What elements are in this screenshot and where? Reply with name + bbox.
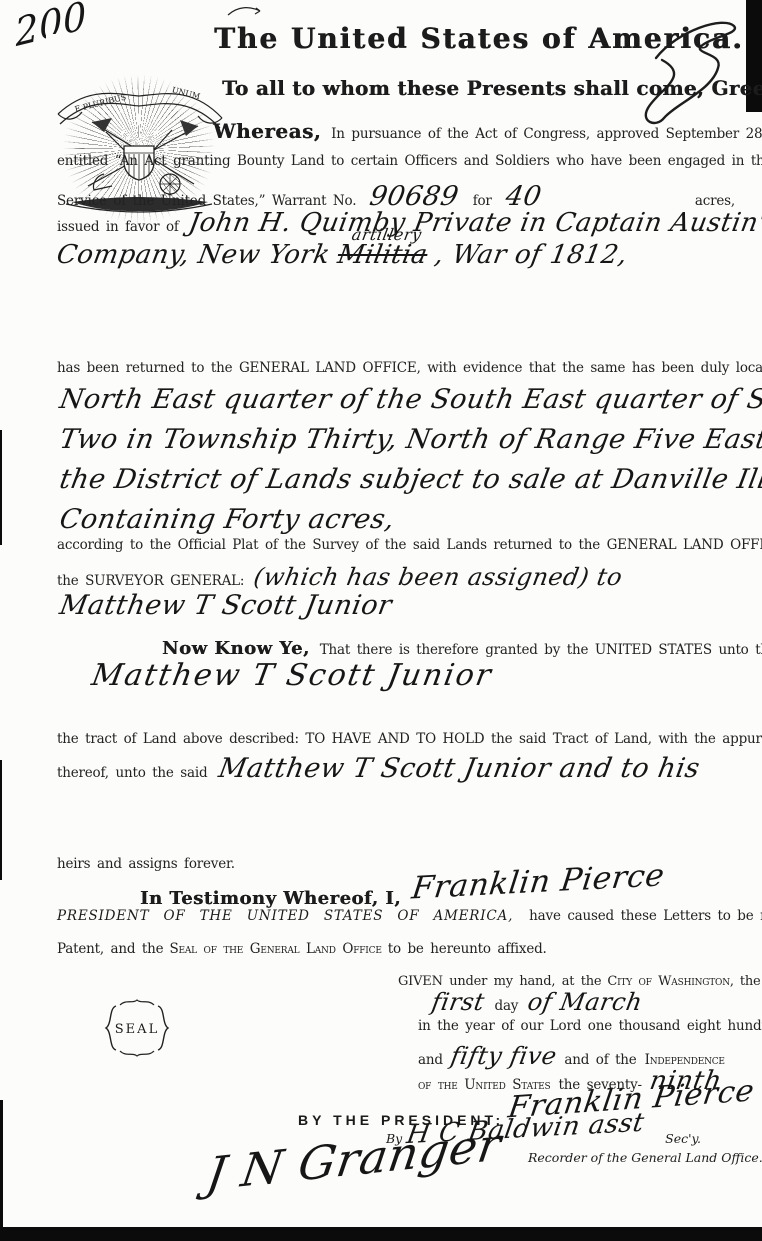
given-city: City of Washington,	[607, 974, 733, 989]
patent-post: to be hereunto affixed.	[388, 941, 547, 957]
given-post: the	[740, 974, 761, 989]
land-description-line: Two in Township Thirty, North of Range F…	[57, 421, 762, 458]
land-patent-document: 200 E PLURIBUS UNUM The United	[0, 0, 762, 1241]
patent-pre: Patent, and the	[57, 941, 163, 957]
president-signature-top: Franklin Pierce	[410, 857, 667, 906]
assignee-name: Matthew T Scott Junior	[57, 590, 394, 621]
grant-text: That there is therefore granted by the U…	[320, 642, 762, 658]
month-handwritten: of March	[526, 988, 645, 1016]
grantee-big-line: Matthew T Scott Junior	[92, 658, 492, 693]
day-label: day	[495, 998, 519, 1014]
recorder-title: Recorder of the General Land Office.	[528, 1150, 762, 1165]
struck-word: Militia	[335, 240, 430, 270]
land-description-line: North East quarter of the South East qua…	[57, 381, 762, 418]
grantee-name-line: John H. Quimby Private in Captain Austin…	[186, 208, 762, 238]
thereof-label: thereof, unto the said	[57, 765, 207, 781]
heirs-line: heirs and assigns forever.	[57, 856, 235, 872]
acres-label: acres,	[695, 193, 735, 209]
according-line: according to the Official Plat of the Su…	[57, 537, 762, 553]
whereas-label: Whereas,	[213, 119, 321, 143]
issued-label: issued in favor of	[57, 219, 179, 235]
motto-right: UNUM	[171, 85, 201, 101]
now-know-ye-line: Now Know Ye, That there is therefore gra…	[162, 638, 762, 659]
company-post: , War of 1812,	[432, 240, 629, 270]
testimony-label: In Testimony Whereof, I,	[140, 888, 401, 909]
year-line: in the year of our Lord one thousand eig…	[418, 1018, 762, 1034]
secretary-title: Sec'y.	[665, 1131, 701, 1146]
scan-edge-left-upper	[0, 430, 2, 545]
salutation-line: To all to whom these Presents shall come…	[222, 76, 762, 100]
land-description-line: Containing Forty acres,	[57, 501, 398, 538]
grantee-name-big: Matthew T Scott Junior	[89, 658, 495, 693]
testimony-line: In Testimony Whereof, I, Franklin Pierce	[140, 876, 663, 912]
thereof-handwritten: Matthew T Scott Junior and to his	[217, 753, 703, 784]
president-title: PRESIDENT OF THE UNITED STATES OF AMERIC…	[57, 908, 513, 924]
now-know-ye-label: Now Know Ye,	[162, 638, 310, 659]
company-pre: Company, New York	[54, 240, 332, 270]
scan-edge-left-mid	[0, 760, 2, 880]
assignment-note: (which has been assigned) to	[252, 563, 625, 591]
given-line: GIVEN under my hand, at theCity of Washi…	[398, 970, 761, 989]
caused-text: have caused these Letters to be made	[529, 908, 762, 924]
whereas-line: Whereas, In pursuance of the Act of Cong…	[213, 119, 762, 143]
seal-label: SEAL	[115, 1022, 159, 1037]
correction-wrap: artillery Militia	[338, 240, 427, 270]
seal-office-smallcaps: Seal of the General Land Office	[169, 941, 381, 957]
scan-edge-bottom	[0, 1227, 762, 1241]
president-title-line: PRESIDENT OF THE UNITED STATES OF AMERIC…	[57, 908, 762, 924]
patent-line: Patent, and theSeal of the General Land …	[57, 938, 547, 957]
land-description-line: the District of Lands subject to sale at…	[57, 461, 762, 498]
whereas-text: In pursuance of the Act of Congress, app…	[331, 126, 762, 142]
surveyor-label: the SURVEYOR GENERAL:	[57, 573, 244, 589]
motto-left: E PLURIBUS	[74, 92, 127, 113]
seal-mark: SEAL	[100, 996, 174, 1060]
surveyor-line: the SURVEYOR GENERAL: (which has been as…	[57, 563, 623, 591]
service-prefix: Service of the United States,” Warrant N…	[57, 193, 356, 209]
company-line: Company, New York artillery Militia , Wa…	[57, 240, 627, 270]
entitled-line: entitled “An Act granting Bounty Land to…	[57, 153, 762, 169]
day-handwritten: first	[430, 988, 487, 1016]
day-line: first day of March	[432, 988, 642, 1016]
flourish-mark-icon	[628, 16, 750, 128]
for-label: for	[473, 193, 492, 209]
land-description: North East quarter of the South East qua…	[60, 381, 762, 541]
recorder-signature-line: J N Granger	[210, 1132, 498, 1186]
returned-line: has been returned to the GENERAL LAND OF…	[57, 360, 762, 376]
thereof-line: thereof, unto the said Matthew T Scott J…	[57, 753, 700, 784]
habendum-line: the tract of Land above described: TO HA…	[57, 731, 762, 747]
assignee-line: Matthew T Scott Junior	[60, 590, 392, 621]
given-pre: GIVEN under my hand, at the	[398, 974, 601, 989]
pen-mark-icon	[226, 3, 266, 19]
scan-edge-left-lower	[0, 1100, 3, 1227]
